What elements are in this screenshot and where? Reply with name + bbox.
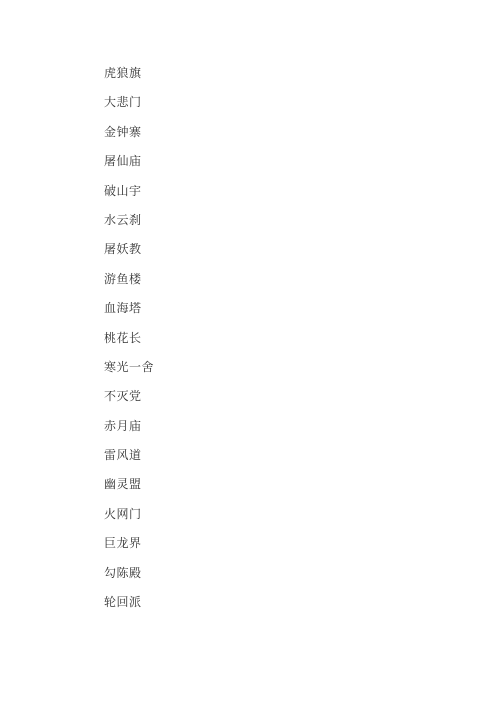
list-item: 金钟寨 bbox=[104, 118, 500, 147]
list-item: 屠妖教 bbox=[104, 235, 500, 264]
list-item: 火网门 bbox=[104, 500, 500, 529]
list-item: 赤月庙 bbox=[104, 412, 500, 441]
list-item: 大悲门 bbox=[104, 88, 500, 117]
list-item: 水云刹 bbox=[104, 206, 500, 235]
list-item: 不灭党 bbox=[104, 382, 500, 411]
document-page: 虎狼旗 大悲门 金钟寨 屠仙庙 破山宇 水云刹 屠妖教 游鱼楼 血海塔 桃花长 … bbox=[0, 0, 500, 707]
list-item: 幽灵盟 bbox=[104, 470, 500, 499]
list-item: 轮回派 bbox=[104, 588, 500, 617]
list-item: 破山宇 bbox=[104, 177, 500, 206]
name-list: 虎狼旗 大悲门 金钟寨 屠仙庙 破山宇 水云刹 屠妖教 游鱼楼 血海塔 桃花长 … bbox=[104, 59, 500, 617]
list-item: 巨龙界 bbox=[104, 529, 500, 558]
list-item: 虎狼旗 bbox=[104, 59, 500, 88]
list-item: 雷风道 bbox=[104, 441, 500, 470]
list-item: 屠仙庙 bbox=[104, 147, 500, 176]
list-item: 寒光一舍 bbox=[104, 353, 500, 382]
list-item: 游鱼楼 bbox=[104, 265, 500, 294]
list-item: 桃花长 bbox=[104, 324, 500, 353]
list-item: 血海塔 bbox=[104, 294, 500, 323]
list-item: 勾陈殿 bbox=[104, 559, 500, 588]
